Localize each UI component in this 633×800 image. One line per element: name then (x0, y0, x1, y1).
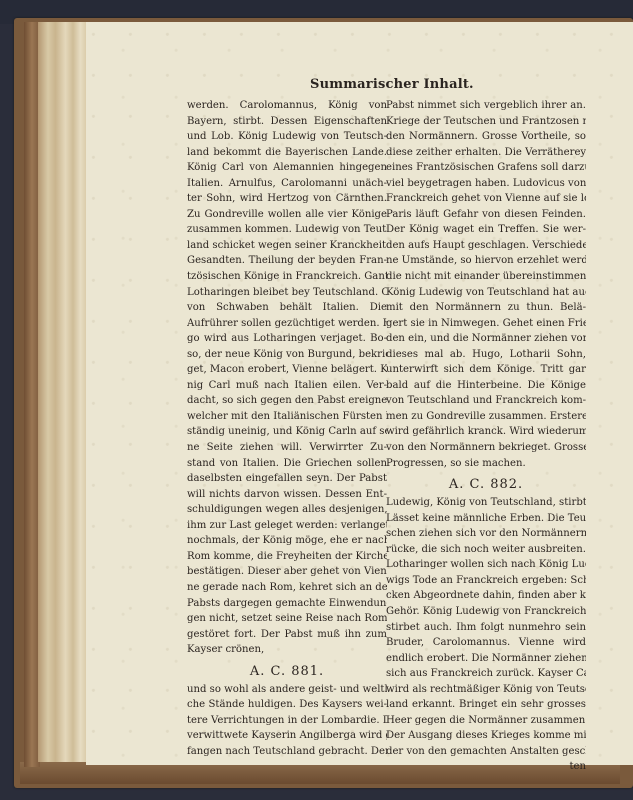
text-line: Kayser crönen, (187, 642, 387, 658)
text-line: land schicket wegen seiner Kranckheit nu… (187, 238, 387, 254)
page-stack-edge (38, 22, 88, 762)
text-line: von Schwaben behält Italien. Die (187, 300, 387, 316)
text-line: Ludewig, König von Teutschland, stirbt. (386, 495, 586, 511)
text-line: ne gerade nach Rom, kehret sich an des (187, 580, 387, 596)
text-line: ne Seite ziehen will. Verwirrter Zu- (187, 440, 387, 456)
text-line: König Ludewig von Teutschland hat auch (386, 285, 586, 301)
text-line: men zu Gondreville zusammen. Ersterer (386, 409, 586, 425)
text-line: Kriege der Teutschen und Frantzosen mit (386, 114, 586, 130)
text-line: Lotharinger wollen sich nach König Lude- (386, 557, 586, 573)
text-line: Paris läuft Gefahr von diesen Feinden. (386, 207, 586, 223)
text-line: tere Verrichtungen in der Lombardie. Die (187, 713, 387, 729)
text-line: gen nicht, setzet seine Reise nach Rom u… (187, 611, 387, 627)
text-line: tzösischen Könige in Franckreich. Gantz (187, 269, 387, 285)
text-line: Pabst nimmet sich vergeblich ihrer an. (386, 98, 586, 114)
text-line: die nicht mit einander übereinstimmen. (386, 269, 586, 285)
text-line: Pabsts dargegen gemachte Einwendun- (187, 596, 387, 612)
text-line: stirbet auch. Ihm folgt nunmehro sein (386, 620, 586, 636)
text-line: unterwirft sich dem Könige. Tritt gar (386, 362, 586, 378)
text-line: Bruder, Carolomannus. Vienne wird (386, 635, 586, 651)
page-header: Summarischer Inhalt. (310, 77, 474, 92)
year-heading: A. C. 881. (187, 658, 387, 682)
text-line: zusammen kommen. Ludewig von Teutsch- (187, 222, 387, 238)
text-line: nig Carl muß nach Italien eilen. Ver- (187, 378, 387, 394)
text-line: cken Abgeordnete dahin, finden aber kein (386, 588, 586, 604)
text-line: König Carl von Alemannien hingegen (187, 160, 387, 176)
text-line: ter Sohn, wird Hertzog von Cärnthen. (187, 191, 387, 207)
text-line: gestöret fort. Der Pabst muß ihn zum (187, 627, 387, 643)
text-line: bestätigen. Dieser aber gehet von Vien- (187, 564, 387, 580)
text-line: den Normännern. Grosse Vortheile, so (386, 129, 586, 145)
text-line: get, Macon erobert, Vienne belägert. Kö- (187, 362, 387, 378)
text-line: Rom komme, die Freyheiten der Kirche (187, 549, 387, 565)
text-line: und Lob. König Ludewig von Teutsch- (187, 129, 387, 145)
text-line: Der König waget ein Treffen. Sie wer- (386, 222, 586, 238)
text-line: eines Frantzösischen Grafens soll darzu (386, 160, 586, 176)
text-line: ne Umstände, so hiervon erzehlet werden, (386, 253, 586, 269)
text-line: von den Normännern bekrieget. Grosse (386, 440, 586, 456)
text-line: Progressen, so sie machen. (386, 456, 586, 472)
text-line: land bekommt die Bayerischen Lande. (187, 145, 387, 161)
text-line: Italien. Arnulfus, Carolomanni unäch- (187, 176, 387, 192)
text-line: welcher mit den Italiänischen Fürsten be… (187, 409, 387, 425)
text-line: verwittwete Kayserin Angilberga wird ge- (187, 728, 387, 744)
text-line: diese zeither erhalten. Die Verrätherey (386, 145, 586, 161)
text-line: von Teutschland und Franckreich kom- (386, 393, 586, 409)
text-line: bald auf die Hinterbeine. Die Könige (386, 378, 586, 394)
text-line: viel beygetragen haben. Ludovicus von (386, 176, 586, 192)
text-line: gert sie in Nimwegen. Gehet einen Frie- (386, 316, 586, 332)
text-line: wird als rechtmäßiger König von Teutsch- (386, 682, 586, 698)
text-line: dieses mal ab. Hugo, Lotharii Sohn, (386, 347, 586, 363)
text-line: Der Ausgang dieses Krieges komme mit (386, 728, 586, 744)
text-line: ständig uneinig, und König Carln auf sei… (187, 424, 387, 440)
text-line: fangen nach Teutschland gebracht. Der (187, 744, 387, 760)
year-heading: A. C. 882. (386, 471, 586, 495)
text-line: che Stände huldigen. Des Kaysers wei- (187, 697, 387, 713)
text-line: wigs Tode an Franckreich ergeben: Schi- (386, 573, 586, 589)
text-line: sich aus Franckreich zurück. Kayser Carl (386, 666, 586, 682)
text-line: ihm zur Last geleget werden: verlanget (187, 518, 387, 534)
text-line: go wird aus Lotharingen verjaget. Bo- (187, 331, 387, 347)
text-line: Aufrührer sollen gezüchtiget werden. Hu- (187, 316, 387, 332)
text-line: stand von Italien. Die Griechen sollen (187, 456, 387, 472)
text-line: den aufs Haupt geschlagen. Verschiede- (386, 238, 586, 254)
text-line: Bayern, stirbt. Dessen Eigenschaften (187, 114, 387, 130)
text-line: Gesandten. Theilung der beyden Fran- (187, 253, 387, 269)
left-column: werden. Carolomannus, König vonBayern, s… (187, 98, 387, 759)
text-line: Heer gegen die Normänner zusammen. (386, 713, 586, 729)
text-line: Zu Gondreville wollen alle vier Könige (187, 207, 387, 223)
catchword: ten (386, 759, 586, 775)
right-column: Pabst nimmet sich vergeblich ihrer an.Kr… (386, 98, 586, 775)
text-line: Lotharingen bleibet bey Teutschland. Car… (187, 285, 387, 301)
text-line: will nichts darvon wissen. Dessen Ent- (187, 487, 387, 503)
text-line: land erkannt. Bringet ein sehr grosses (386, 697, 586, 713)
text-line: wird gefährlich kranck. Wird wiederum (386, 424, 586, 440)
text-line: endlich erobert. Die Normänner ziehen (386, 651, 586, 667)
text-line: Lässet keine männliche Erben. Die Teut- (386, 511, 586, 527)
text-line: so, der neue König von Burgund, bekrie- (187, 347, 387, 363)
text-line: schen ziehen sich vor den Normännern zu- (386, 526, 586, 542)
text-line: Franckreich gehet von Vienne auf sie los… (386, 191, 586, 207)
text-line: Gehör. König Ludewig von Franckreich (386, 604, 586, 620)
text-line: dacht, so sich gegen den Pabst ereignet, (187, 393, 387, 409)
text-line: rücke, die sich noch weiter ausbreiten. … (386, 542, 586, 558)
text-line: nochmals, der König möge, ehe er nach (187, 533, 387, 549)
text-line: daselbsten eingefallen seyn. Der Pabst (187, 471, 387, 487)
text-line: den ein, und die Normänner ziehen vor (386, 331, 586, 347)
text-line: werden. Carolomannus, König von (187, 98, 387, 114)
text-line: und so wohl als andere geist- und weltli… (187, 682, 387, 698)
text-line: mit den Normännern zu thun. Belä- (386, 300, 586, 316)
text-line: der von den gemachten Anstalten geschöpf… (386, 744, 586, 760)
text-line: schuldigungen wegen alles desjenigen, so (187, 502, 387, 518)
